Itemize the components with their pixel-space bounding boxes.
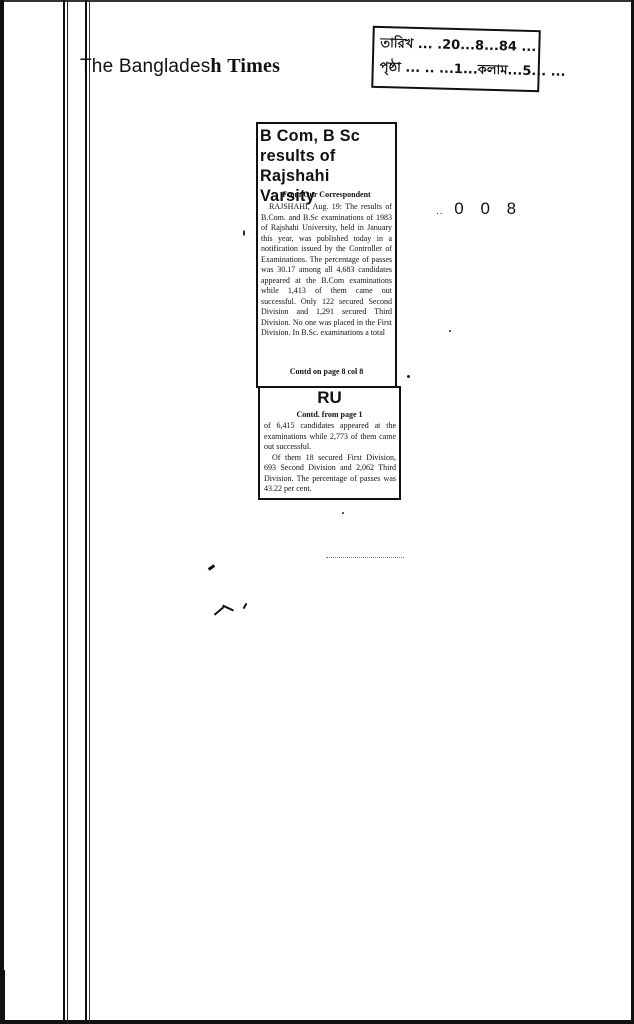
news-clipping-main: B Com, B Sc results of Rajshahi Varsity …	[256, 122, 397, 388]
page-corner-fold	[4, 970, 19, 1020]
stamp-date-row: তারিখ ... .20...8...84 ...	[380, 34, 536, 59]
masthead-title-light: The Banglades	[80, 56, 210, 77]
clipping-body-text: RAJSHAHI, Aug. 19: The results of B.Com.…	[261, 202, 392, 339]
scan-speck	[342, 512, 344, 514]
clipping-byline: From Our Correspondent	[258, 190, 395, 199]
stamp-page-label: পৃষ্ঠা	[380, 60, 401, 76]
clipping-body: RAJSHAHI, Aug. 19: The results of B.Com.…	[261, 202, 392, 339]
clipping-continuation-note: Contd on page 8 col 8	[258, 367, 395, 376]
scan-speck	[243, 230, 245, 236]
scan-bottom-border	[0, 1020, 634, 1024]
scan-ink-mark	[208, 564, 215, 570]
margin-rule-inner-thin	[89, 0, 90, 1024]
page-number-value: 0 0 8	[454, 199, 522, 218]
scan-ink-mark	[214, 606, 224, 615]
archive-stamp: তারিখ ... .20...8...84 ... পৃষ্ঠা ... ..…	[371, 26, 541, 92]
page-top-edge	[0, 0, 634, 2]
scan-dotted-artifact	[326, 557, 404, 558]
headline-line-1: B Com, B Sc	[260, 126, 388, 146]
scan-ink-mark	[243, 603, 248, 609]
news-clipping-continuation: RU Contd. from page 1 of 6,415 candidate…	[258, 386, 401, 500]
page-number-prefix: ..	[436, 206, 444, 217]
headline-line-3: Rajshahi Varsity	[260, 166, 388, 206]
headline-line-2: results of	[260, 146, 388, 166]
scan-speck	[449, 330, 451, 332]
stamp-date-value: ... .20...8...84 ...	[418, 37, 537, 55]
continuation-headline: RU	[260, 388, 399, 408]
continued-from-note: Contd. from page 1	[260, 410, 399, 419]
stamp-date-label: তারিখ	[380, 36, 413, 52]
continuation-para-1: of 6,415 candidates appeared at the exam…	[264, 421, 396, 453]
continuation-body: of 6,415 candidates appeared at the exam…	[264, 421, 396, 495]
continuation-para-2: Of them 18 secured First Division, 693 S…	[264, 453, 396, 495]
stamp-page-row: পৃষ্ঠা ... .. ...1...কলাম...5... ...	[379, 58, 565, 84]
scan-left-border	[0, 0, 4, 1024]
archive-page-number: .. 0 0 8	[436, 199, 522, 219]
scan-speck	[407, 375, 410, 378]
margin-rule-outer	[63, 0, 65, 1024]
newspaper-masthead: The Bangladesh Times	[80, 55, 280, 78]
masthead-title-h: h	[210, 55, 221, 77]
masthead-title-bold: Times	[227, 55, 280, 77]
margin-rule-outer-thin	[67, 0, 68, 1024]
margin-rule-inner	[85, 0, 87, 1024]
stamp-page-value: ... .. ...1...কলাম...5... ...	[405, 61, 566, 80]
